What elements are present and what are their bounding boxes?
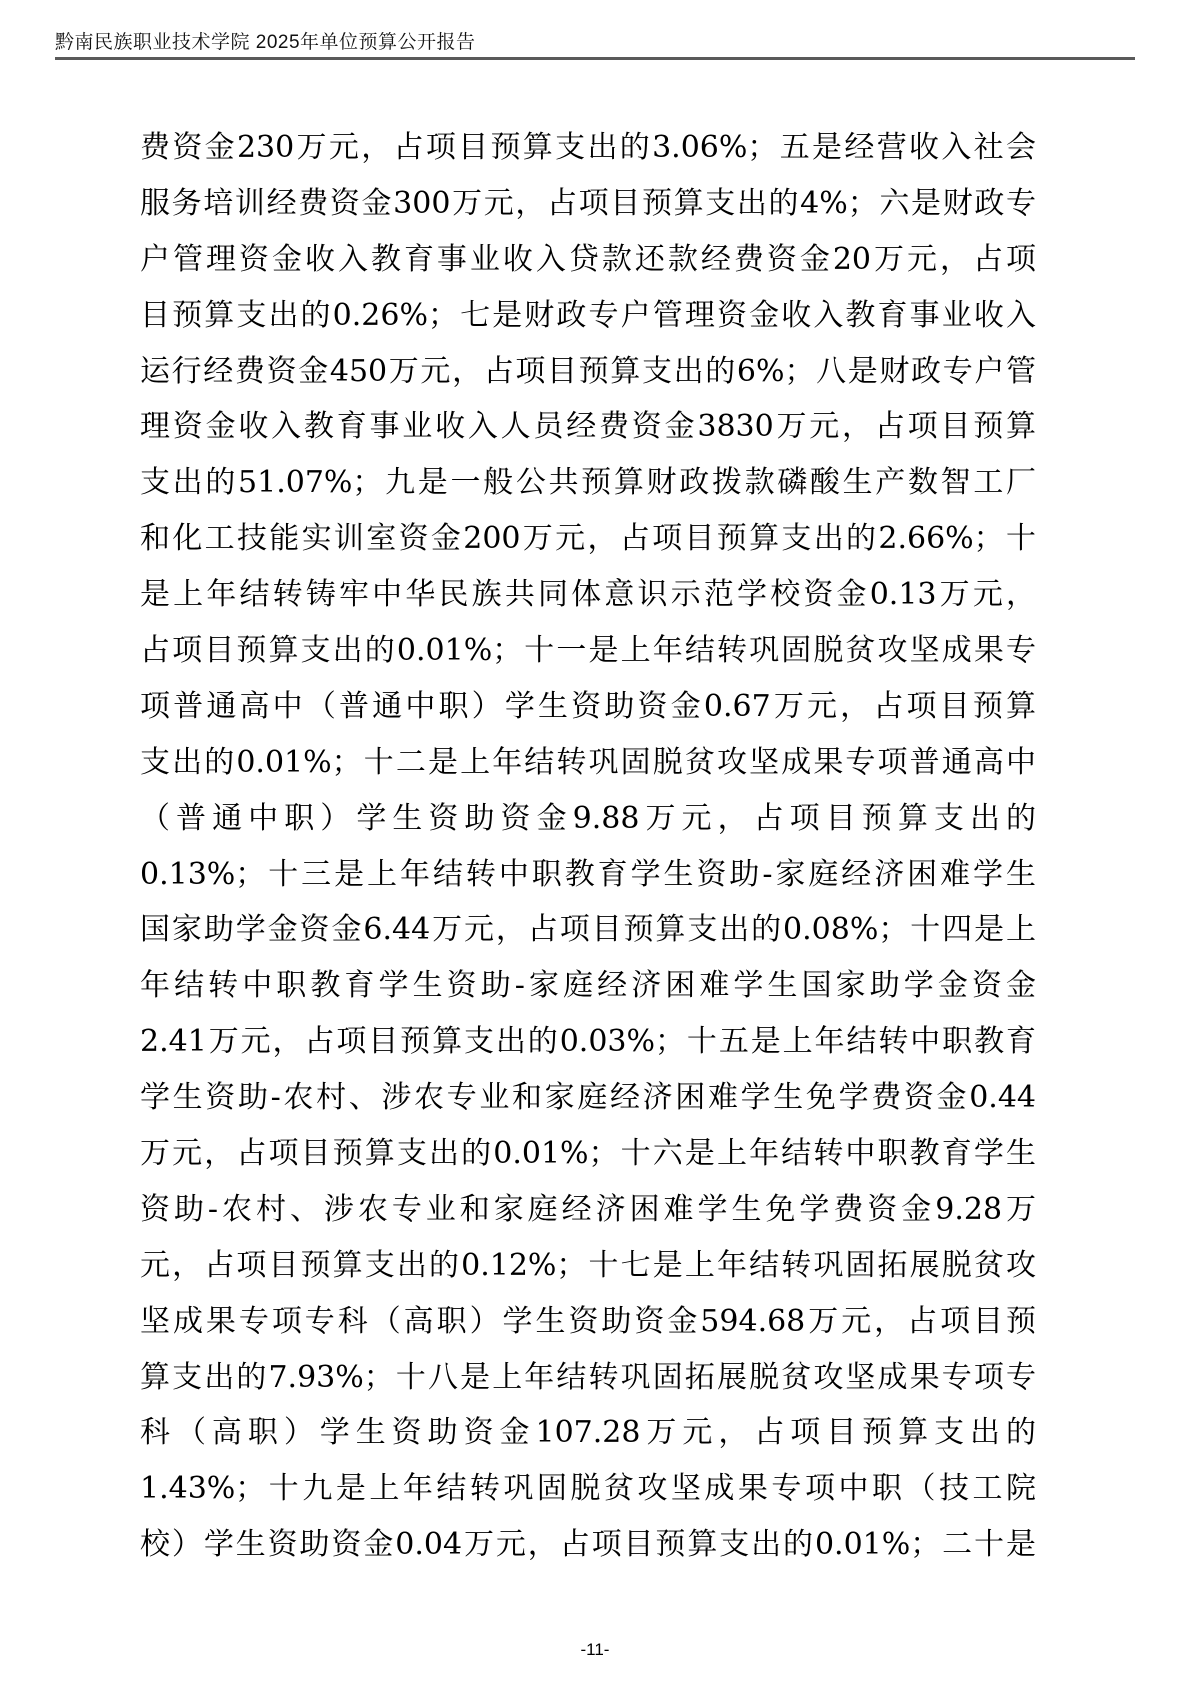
text-line: 运行经费资金450万元，占项目预算支出的6%；八是财政专户管 [140,344,1036,400]
text-line: 2.41万元，占项目预算支出的0.03%；十五是上年结转中职教育 [140,1014,1036,1070]
text-line: 占项目预算支出的0.01%；十一是上年结转巩固脱贫攻坚成果专 [140,623,1036,679]
text-line: 项普通高中（普通中职）学生资助资金0.67万元，占项目预算 [140,679,1036,735]
text-line: 资助-农村、涉农专业和家庭经济困难学生免学费资金9.28万 [140,1182,1036,1238]
text-line: 校）学生资助资金0.04万元，占项目预算支出的0.01%；二十是 [140,1517,1036,1573]
text-line: 算支出的7.93%；十八是上年结转巩固拓展脱贫攻坚成果专项专 [140,1350,1036,1406]
text-line: 支出的0.01%；十二是上年结转巩固脱贫攻坚成果专项普通高中 [140,735,1036,791]
text-line: 户管理资金收入教育事业收入贷款还款经费资金20万元，占项 [140,232,1036,288]
text-line: 支出的51.07%；九是一般公共预算财政拨款磷酸生产数智工厂 [140,455,1036,511]
document-page: 黔南民族职业技术学院 2025年单位预算公开报告 费资金230万元，占项目预算支… [0,0,1190,1684]
page-header-title: 黔南民族职业技术学院 2025年单位预算公开报告 [55,27,476,54]
text-line: 服务培训经费资金300万元，占项目预算支出的4%；六是财政专 [140,176,1036,232]
text-line: 1.43%；十九是上年结转巩固脱贫攻坚成果专项中职（技工院 [140,1461,1036,1517]
text-line: 费资金230万元，占项目预算支出的3.06%；五是经营收入社会 [140,120,1036,176]
text-line: 国家助学金资金6.44万元，占项目预算支出的0.08%；十四是上 [140,902,1036,958]
header-divider [55,57,1135,60]
text-line: 0.13%；十三是上年结转中职教育学生资助-家庭经济困难学生 [140,847,1036,903]
text-line: （普通中职）学生资助资金9.88万元，占项目预算支出的 [140,791,1036,847]
text-line: 科（高职）学生资助资金107.28万元，占项目预算支出的 [140,1405,1036,1461]
text-line: 学生资助-农村、涉农专业和家庭经济困难学生免学费资金0.44 [140,1070,1036,1126]
text-line: 年结转中职教育学生资助-家庭经济困难学生国家助学金资金 [140,958,1036,1014]
page-number: -11- [0,1640,1190,1660]
body-text: 费资金230万元，占项目预算支出的3.06%；五是经营收入社会服务培训经费资金3… [140,120,1036,1573]
text-line: 万元，占项目预算支出的0.01%；十六是上年结转中职教育学生 [140,1126,1036,1182]
text-line: 是上年结转铸牢中华民族共同体意识示范学校资金0.13万元， [140,567,1036,623]
text-line: 和化工技能实训室资金200万元，占项目预算支出的2.66%；十 [140,511,1036,567]
text-line: 坚成果专项专科（高职）学生资助资金594.68万元，占项目预 [140,1294,1036,1350]
text-line: 元，占项目预算支出的0.12%；十七是上年结转巩固拓展脱贫攻 [140,1238,1036,1294]
text-line: 目预算支出的0.26%；七是财政专户管理资金收入教育事业收入 [140,288,1036,344]
text-line: 理资金收入教育事业收入人员经费资金3830万元，占项目预算 [140,399,1036,455]
